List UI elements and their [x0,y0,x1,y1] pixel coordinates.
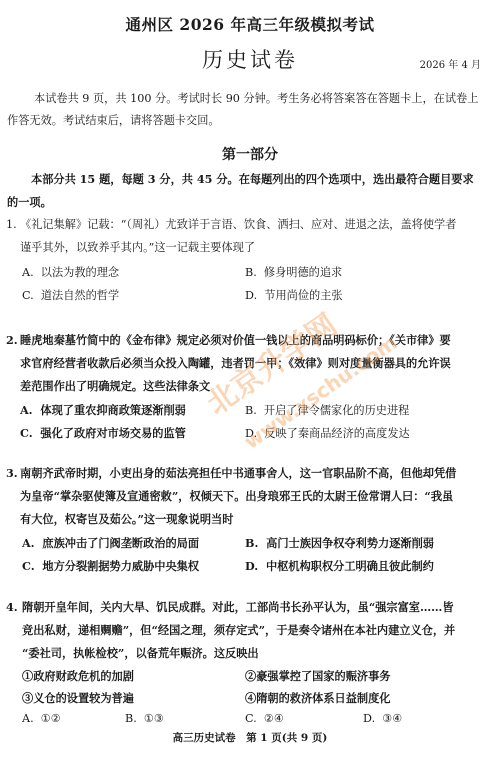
option-label: A. [22,536,35,550]
option-d: D. 中枢机构职权分工明确且彼此制约 [245,558,434,574]
statement-4: ④隋朝的救济体系日益制度化 [245,690,390,706]
watermark: 北京升学网 www.xschu.com [175,300,395,440]
option-text: 地方分裂割据势力威胁中央集权 [42,559,199,573]
option-label: D. [245,427,257,440]
page-footer: 高三历史试卷 第 1 页(共 9 页) [0,730,500,745]
question-stem-line: 睡虎地秦墓竹简中的《金布律》规定必须对价值一钱以上的商品明码标价；《关市律》要 [20,333,451,347]
exam-date: 2026 年 4 月 [420,56,481,71]
option-label: C. [245,712,257,725]
option-c: C. 道法自然的哲学 [22,287,119,303]
option-text: 节用尚俭的主张 [264,289,342,302]
option-text: ③④ [382,712,402,725]
option-label: B. [245,536,258,550]
question-number: 3. [6,466,18,480]
option-text: 反映了秦商品经济的高度发达 [264,427,409,440]
option-label: D. [363,712,375,725]
option-text: 高门士族因争权夺利势力逐渐削弱 [266,536,434,550]
question-stem-line: 为皇帝“掌杂驱使簿及宣通密敕”，权倾天下。出身琅邪王氏的太尉王俭常谓人曰：“我虽 [20,489,453,503]
option-d: D. 节用尚俭的主张 [245,287,343,303]
section-description-line-2: 的一项。 [7,195,52,209]
option-text: 庶族冲击了门阀垄断政治的局面 [42,536,199,550]
option-text: ②④ [264,712,284,725]
option-c: C. 强化了政府对市场交易的监管 [20,425,186,441]
option-d: D. ③④ [363,712,402,725]
option-text: ①③ [144,712,164,725]
statement-1: ①政府财政危机的加剧 [22,668,134,684]
option-text: 体现了重农抑商政策逐渐削弱 [40,403,185,417]
question-stem-line: 差范围作出了明确规定。这些法律条文 [20,379,210,393]
option-text: 以法为教的理念 [41,266,119,279]
option-label: D. [245,289,257,302]
question-stem-line: 《礼记集解》记载：“（周礼）尤致详于言语、饮食、洒扫、应对、进退之法，盖将使学者 [20,218,456,232]
option-b: B. 开启了律令儒家化的历史进程 [245,402,409,418]
option-text: 开启了律令儒家化的历史进程 [264,404,409,417]
question-number: 4. [6,600,18,614]
exam-title: 通州区 2026 年高三年级模拟考试 [0,13,500,35]
option-a: A. 以法为教的理念 [22,264,119,280]
option-label: B. [245,404,257,417]
question-stem-line: 有大位，权寄岂及茹公。”这一现象说明当时 [20,512,233,526]
option-text: 中枢机构职权分工明确且彼此制约 [266,559,434,573]
question-stem-line: 求官府经营者收款后必须当众投入陶罐，违者罚一甲；《效律》则对度量衡器具的允许误 [20,356,451,370]
option-text: 道法自然的哲学 [41,289,119,302]
option-a: A. ①② [22,712,61,725]
option-label: D. [245,559,258,573]
question-stem-line: 谨乎其外，以致养乎其内。”这一记载主要体现了 [20,241,255,255]
option-label: B. [245,266,257,279]
section-title: 第一部分 [0,144,500,164]
option-c: C. ②④ [245,712,284,725]
option-b: B. 高门士族因争权夺利势力逐渐削弱 [245,535,434,551]
option-a: A. 庶族冲击了门阀垄断政治的局面 [22,535,199,551]
option-b: B. 修身明德的追求 [245,264,342,280]
question-stem-line: 竞出私财，递相赒赡”，但“经国之理，须存定式”，于是奏令诸州在本社内建立义仓，并 [22,623,455,637]
exam-page: 通州区 2026 年高三年级模拟考试 历史试卷 2026 年 4 月 本试卷共 … [0,0,500,758]
option-label: C. [22,559,35,573]
question-stem-line: “委社司，执帐检校”，以备荒年赈济。这反映出 [22,646,259,660]
question-stem-line: 隋朝开皇年间，关内大旱、饥民成群。对此，工部尚书长孙平认为，虽“强宗富室……皆 [22,600,454,614]
option-text: 修身明德的追求 [264,266,342,279]
instructions-line-1: 本试卷共 9 页，共 100 分。考试时长 90 分钟。考生务必将答案答在答题卡… [34,92,478,106]
option-label: C. [20,426,33,440]
question-number: 1. [6,218,17,232]
option-label: C. [22,289,34,302]
option-b: B. ①③ [125,712,164,725]
option-label: A. [22,712,34,725]
statement-2: ②豪强掌控了国家的赈济事务 [245,668,390,684]
option-d: D. 反映了秦商品经济的高度发达 [245,425,410,441]
option-label: A. [22,266,34,279]
question-number: 2. [6,333,18,347]
question-stem-line: 南朝齐武帝时期，小吏出身的茹法亮担任中书通事舍人，这一官职品阶不高，但他却凭借 [20,466,456,480]
section-description-line-1: 本部分共 15 题，每题 3 分，共 45 分。在每题列出的四个选项中，选出最符… [31,172,474,186]
option-a: A. 体现了重农抑商政策逐渐削弱 [20,402,186,418]
option-c: C. 地方分裂割据势力威胁中央集权 [22,558,199,574]
option-label: A. [20,403,33,417]
option-text: 强化了政府对市场交易的监管 [40,426,185,440]
option-label: B. [125,712,137,725]
statement-3: ③义仓的设置较为普遍 [22,690,134,706]
instructions-line-2: 作答无效。考试结束后，请将答题卡交回。 [7,114,220,128]
option-text: ①② [41,712,61,725]
